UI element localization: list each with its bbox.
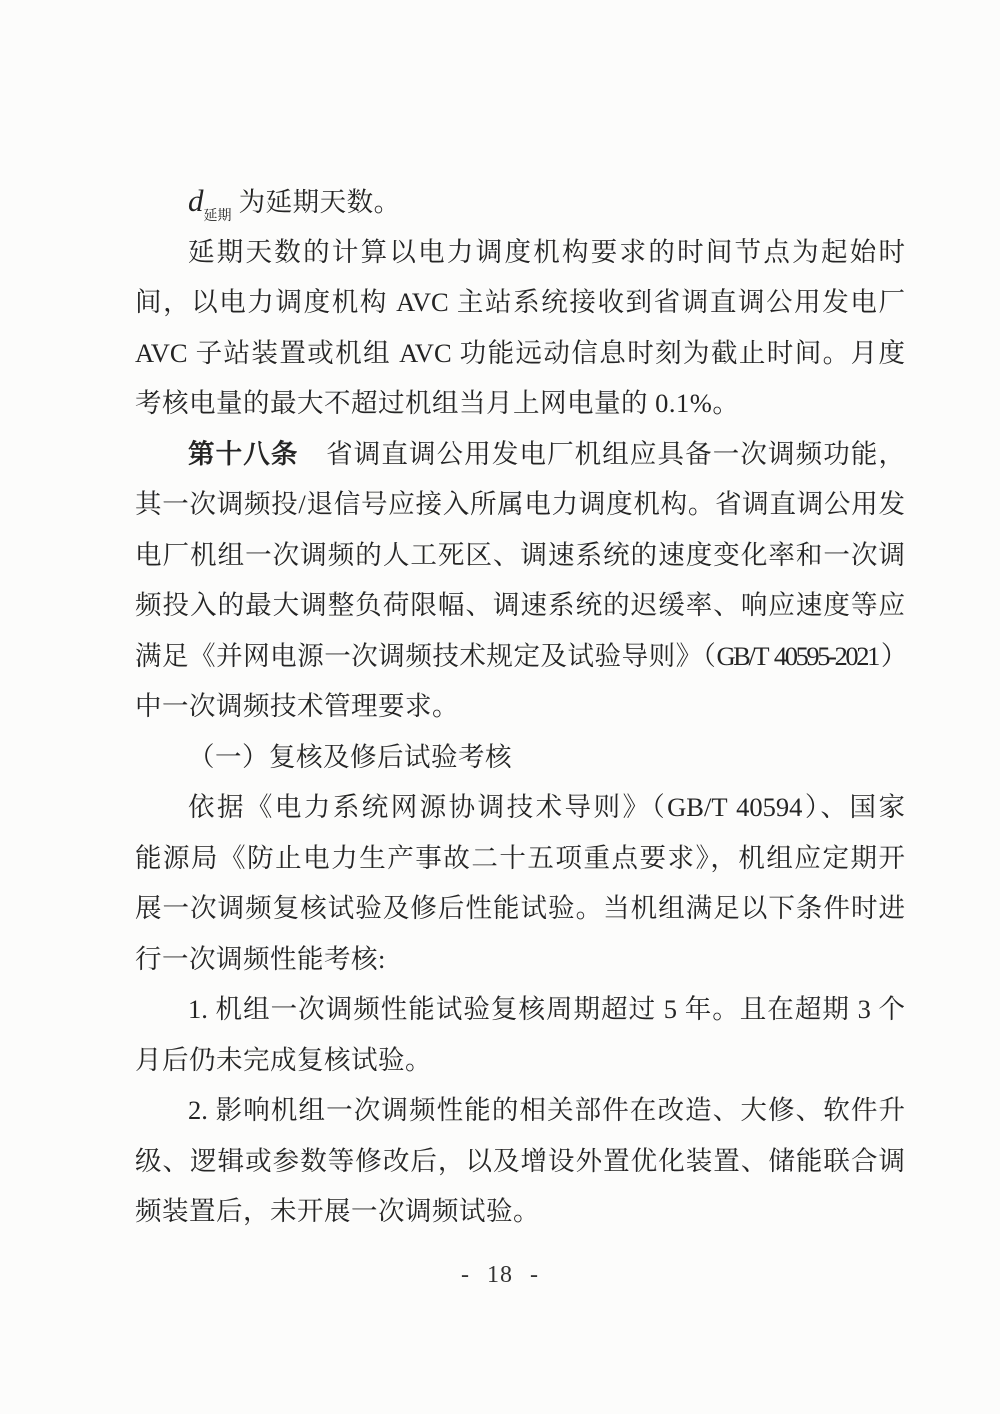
page-number: - 18 - xyxy=(461,1262,539,1288)
text-line: 考核电量的最大不超过机组当月上网电量的 0.1%。 xyxy=(135,378,905,429)
list-item-number: 1. xyxy=(188,994,216,1024)
text-line: 级、逻辑或参数等修改后，以及增设外置优化装置、储能联合调 xyxy=(135,1136,905,1187)
text-line: （一）复核及修后试验考核 xyxy=(135,732,905,783)
text-line: 依据《电力系统网源协调技术导则》（GB/T 40594）、国家 xyxy=(135,782,905,833)
text-line: 电厂机组一次调频的人工死区、调速系统的速度变化率和一次调 xyxy=(135,530,905,581)
page-footer: - 18 - xyxy=(0,1262,1000,1289)
text-line: 第十八条 省调直调公用发电厂机组应具备一次调频功能， xyxy=(135,429,905,480)
text-line: 满足《并网电源一次调频技术规定及试验导则》（GB/T 40595-2021） xyxy=(135,631,905,682)
text-segment: 依据《电力系统网源协调技术导则》（GB/T 40594）、国家 xyxy=(188,792,905,822)
text-segment: 间，以电力调度机构 AVC 主站系统接收到省调直调公用发电厂 xyxy=(135,287,905,317)
text-line: 其一次调频投/退信号应接入所属电力调度机构。省调直调公用发 xyxy=(135,479,905,530)
formula-variable: d xyxy=(188,183,204,218)
text-segment: 为延期天数。 xyxy=(232,187,401,217)
text-line: 行一次调频性能考核: xyxy=(135,934,905,985)
text-line: 展一次调频复核试验及修后性能试验。当机组满足以下条件时进 xyxy=(135,883,905,934)
text-line: 2. 影响机组一次调频性能的相关部件在改造、大修、软件升 xyxy=(135,1085,905,1136)
list-item-number: 2. xyxy=(188,1095,216,1125)
text-line: 间，以电力调度机构 AVC 主站系统接收到省调直调公用发电厂 xyxy=(135,277,905,328)
text-line: 月后仍未完成复核试验。 xyxy=(135,1035,905,1086)
text-line: 频装置后，未开展一次调频试验。 xyxy=(135,1186,905,1237)
text-line: 频投入的最大调整负荷限幅、调速系统的迟缓率、响应速度等应 xyxy=(135,580,905,631)
text-line: 中一次调频技术管理要求。 xyxy=(135,681,905,732)
text-segment: 其一次调频投/退信号应接入所属电力调度机构。省调直调公用发 xyxy=(135,489,905,519)
article-number: 第十八条 xyxy=(188,439,298,469)
text-line: 延期天数的计算以电力调度机构要求的时间节点为起始时 xyxy=(135,227,905,278)
text-line: d延期 为延期天数。 xyxy=(135,176,905,227)
formula-subscript: 延期 xyxy=(204,209,232,224)
text-segment: 省调直调公用发电厂机组应具备一次调频功能， xyxy=(298,439,905,469)
document-page: d延期 为延期天数。延期天数的计算以电力调度机构要求的时间节点为起始时间，以电力… xyxy=(0,0,1000,1414)
text-line: AVC 子站装置或机组 AVC 功能远动信息时刻为截止时间。月度 xyxy=(135,328,905,379)
text-segment: 频装置后，未开展一次调频试验。 xyxy=(135,1196,540,1226)
text-segment: 考核电量的最大不超过机组当月上网电量的 0.1%。 xyxy=(135,388,739,418)
text-segment: 影响机组一次调频性能的相关部件在改造、大修、软件升 xyxy=(216,1095,905,1125)
text-segment: 级、逻辑或参数等修改后，以及增设外置优化装置、储能联合调 xyxy=(135,1146,905,1176)
text-segment: 行一次调频性能考核: xyxy=(135,944,386,974)
text-segment: 电厂机组一次调频的人工死区、调速系统的速度变化率和一次调 xyxy=(135,540,905,570)
section-heading: （一）复核及修后试验考核 xyxy=(188,742,512,772)
text-segment: 满足《并网电源一次调频技术规定及试验导则》（GB/T 40595-2021） xyxy=(135,641,905,671)
text-segment: 月后仍未完成复核试验。 xyxy=(135,1045,432,1075)
text-segment: 展一次调频复核试验及修后性能试验。当机组满足以下条件时进 xyxy=(135,893,905,923)
text-segment: 延期天数的计算以电力调度机构要求的时间节点为起始时 xyxy=(188,237,905,267)
text-segment: 中一次调频技术管理要求。 xyxy=(135,691,459,721)
text-segment: 频投入的最大调整负荷限幅、调速系统的迟缓率、响应速度等应 xyxy=(135,590,905,620)
text-line: 1. 机组一次调频性能试验复核周期超过 5 年。且在超期 3 个 xyxy=(135,984,905,1035)
text-segment: AVC 子站装置或机组 AVC 功能远动信息时刻为截止时间。月度 xyxy=(135,338,905,368)
text-line: 能源局《防止电力生产事故二十五项重点要求》，机组应定期开 xyxy=(135,833,905,884)
document-body: d延期 为延期天数。延期天数的计算以电力调度机构要求的时间节点为起始时间，以电力… xyxy=(135,176,905,1237)
text-segment: 能源局《防止电力生产事故二十五项重点要求》，机组应定期开 xyxy=(135,843,905,873)
text-segment: 机组一次调频性能试验复核周期超过 5 年。且在超期 3 个 xyxy=(216,994,905,1024)
